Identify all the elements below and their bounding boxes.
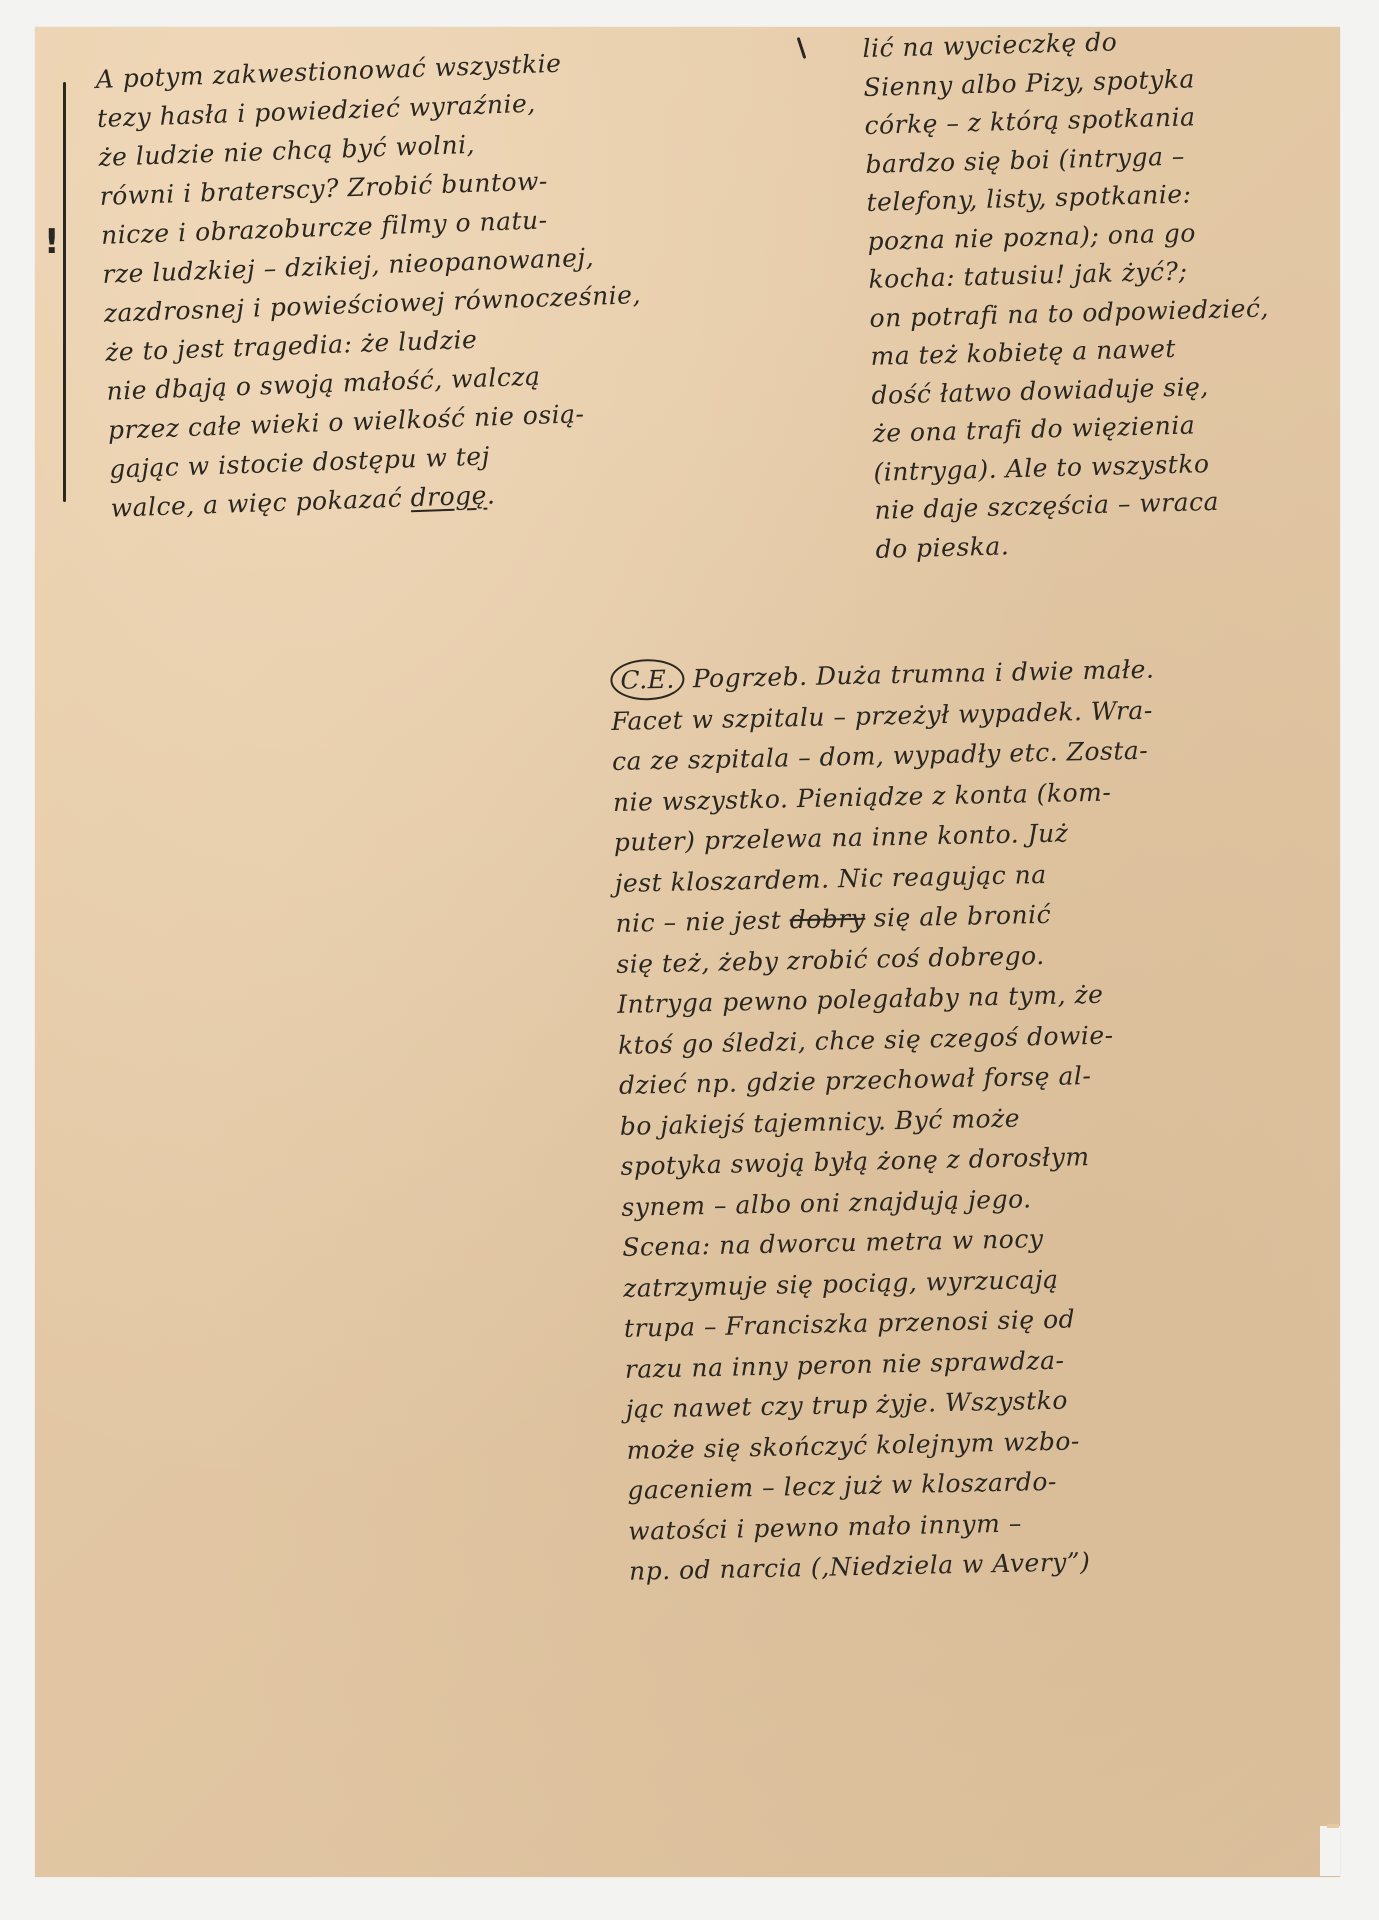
right-top-note-block: lić na wycieczkę do Sienny albo Pizy, sp… [862,20,1275,569]
struck-out-word: dobry [789,904,865,935]
right-bottom-note-block: C.E.Pogrzeb. Duża trumna i dwie małe. Fa… [610,649,1173,1593]
torn-corner [1320,1826,1340,1876]
left-note-block: A potym zakwestionować wszystkie tezy ha… [95,41,648,527]
text-line: Pogrzeb. Duża trumna i dwie małe. [692,655,1154,694]
margin-bracket-line [63,82,66,502]
underlined-word: drogę [410,481,487,513]
circled-label: C.E. [610,658,685,701]
margin-exclamation-mark: ! [44,222,60,262]
torn-corner-flap [1327,1824,1339,1828]
